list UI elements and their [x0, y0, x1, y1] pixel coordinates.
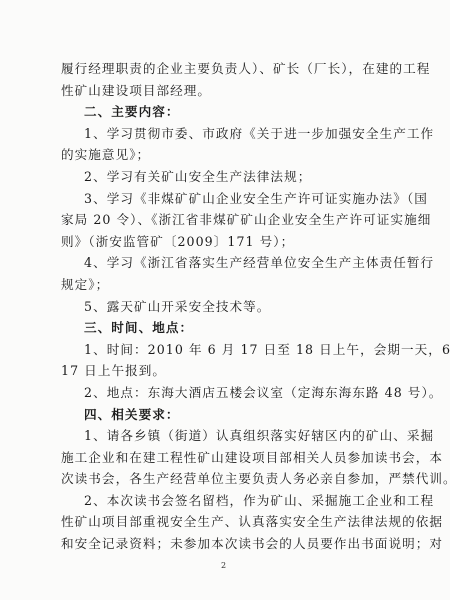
text-line: 施工企业和在建工程性矿山建设项目部相关人员参加读书会，本 [61, 447, 394, 469]
document-page: 履行经理职责的企业主要负责人）、矿长（厂长），在建的工程性矿山建设项目部经理。二… [0, 0, 450, 600]
document-body: 履行经理职责的企业主要负责人）、矿长（厂长），在建的工程性矿山建设项目部经理。二… [61, 58, 394, 555]
text-line: 性矿山建设项目部经理。 [61, 80, 394, 102]
text-line: 性矿山项目部重视安全生产、认真落实安全生产法律法规的依据 [61, 511, 394, 533]
text-line: 1、时间：2010 年 6 月 17 日至 18 日上午，会期一天，6 月 [61, 339, 394, 361]
text-line: 2、学习有关矿山安全生产法律法规； [61, 166, 394, 188]
page-number: 2 [221, 561, 226, 570]
section-heading: 三、时间、地点： [61, 317, 394, 339]
text-line: 和安全记录资料；未参加本次读书会的人员要作出书面说明；对 [61, 533, 394, 555]
text-line: 则》（浙安监管矿〔2009〕171 号）； [61, 231, 394, 253]
text-line: 次读书会，各生产经营单位主要负责人务必亲自参加，严禁代训。 [61, 468, 394, 490]
text-line: 履行经理职责的企业主要负责人）、矿长（厂长），在建的工程 [61, 58, 394, 80]
text-line: 17 日上午报到。 [61, 360, 394, 382]
section-heading: 二、主要内容： [61, 101, 394, 123]
text-line: 家局 20 令）、《浙江省非煤矿矿山企业安全生产许可证实施细 [61, 209, 394, 231]
text-line: 规定》； [61, 274, 394, 296]
text-line: 5、露天矿山开采安全技术等。 [61, 296, 394, 318]
text-line: 4、学习《浙江省落实生产经营单位安全生产主体责任暂行 [61, 252, 394, 274]
section-heading: 四、相关要求： [61, 404, 394, 426]
text-line: 2、本次读书会签名留档，作为矿山、采掘施工企业和工程 [61, 490, 394, 512]
text-line: 的实施意见》； [61, 144, 394, 166]
text-line: 1、学习贯彻市委、市政府《关于进一步加强安全生产工作 [61, 123, 394, 145]
text-line: 2、地点：东海大酒店五楼会议室（定海东海东路 48 号）。 [61, 382, 394, 404]
text-line: 1、请各乡镇（街道）认真组织落实好辖区内的矿山、采掘 [61, 425, 394, 447]
text-line: 3、学习《非煤矿矿山企业安全生产许可证实施办法》（国 [61, 188, 394, 210]
